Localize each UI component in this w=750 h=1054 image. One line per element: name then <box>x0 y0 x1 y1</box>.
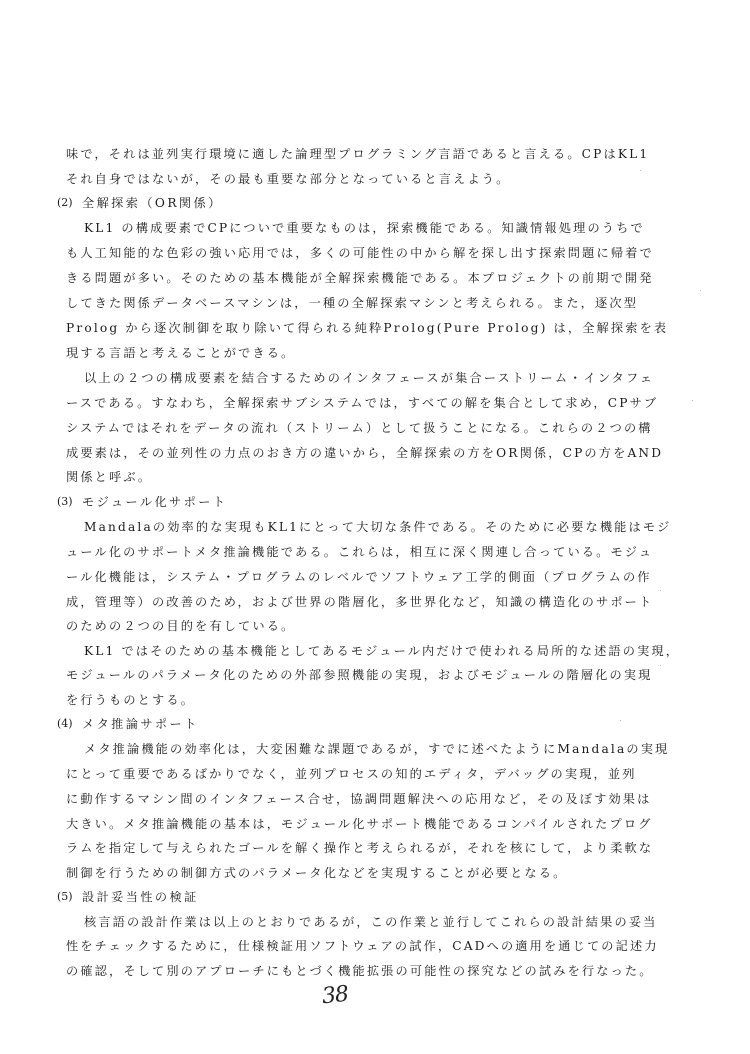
body-line: 制御を行うための制御方式のパラメータ化などを実現することが必要となる。 <box>66 865 567 881</box>
body-line: ラムを指定して与えられたゴールを解く操作と考えられるが，それを核にして，より柔軟… <box>66 840 653 856</box>
body-line: 現する言語と考えることができる。 <box>66 345 295 361</box>
section-title: メタ推論サポート <box>82 716 199 732</box>
body-line: も人工知能的な色彩の強い応用では，多くの可能性の中から解を探し出す探索問題に帰着… <box>66 245 654 261</box>
body-line: してきた関係データベースマシンは，一種の全解探索マシンと考えられる。また，逐次型 <box>66 295 638 311</box>
scan-speck <box>660 590 661 591</box>
body-line: ースである。すなわち，全解探索サブシステムでは，すべての解を集合として求め，CP… <box>66 395 658 411</box>
document-page: 味で，それは並列実行環境に適した論理型プログラミング言語であると言える。CPはK… <box>0 0 750 1054</box>
body-line: を行うものとする。 <box>66 692 195 708</box>
body-line: 成，管理等）の改善のため，および世界の階層化，多世界化など，知識の構造化のサポー… <box>66 594 653 610</box>
scan-speck <box>692 400 693 401</box>
body-line: KL1 ではそのための基本機能としてあるモジュール内だけで使われる局所的な述語の… <box>84 643 680 659</box>
body-line: 性をチェックするために，仕様検証用ソフトウェアの試作，CADへの適用を通じての記… <box>66 938 659 954</box>
body-line: 大きい。メタ推論機能の基本は，モジュール化サポート機能であるコンパイルされたプロ… <box>66 816 653 832</box>
scan-speck <box>620 720 621 721</box>
body-line: ール化機能は，システム・プログラムのレベルでソフトウェア工学的側面（プログラムの… <box>66 569 652 585</box>
scan-speck <box>660 665 661 666</box>
section-number: (5) <box>57 889 73 905</box>
body-line: 核言語の設計作業は以上のとおりであるが，この作業と並行してこれらの設計結果の妥当 <box>84 914 658 930</box>
body-line: 関係と呼ぶ。 <box>66 469 152 485</box>
section-number: (4) <box>57 716 73 732</box>
body-line: に動作するマシン間のインタフェース合せ，協調問題解決への応用など，その及ぼす効果… <box>66 791 651 807</box>
body-line: Mandalaの効率的な実現もKL1にとって大切な条件である。そのために必要な機… <box>84 519 672 535</box>
page-number: 38 <box>321 982 349 1010</box>
body-line: 成要素は，その並列性の力点のおき方の違いから，全解探索の方をOR関係，CPの方を… <box>66 445 663 461</box>
body-line: メタ推論機能の効率化は，大変困難な課題であるが，すでに述べたようにMandala… <box>84 741 669 757</box>
scan-speck <box>700 290 701 291</box>
section-number: (3) <box>57 494 73 510</box>
body-line: 以上の２つの構成要素を結合するためのインタフェースが集合ーストリーム・インタフェ <box>84 370 654 386</box>
body-line: のための２つの目的を有している。 <box>66 618 295 634</box>
body-line: それ自身ではないが，その最も重要な部分となっていると言えよう。 <box>66 171 510 187</box>
body-line: きる問題が多い。そのための基本機能が全解探索機能である。本プロジェクトの前期で開… <box>66 270 654 286</box>
body-line: モジュールのパラメータ化のための外部参照機能の実現，およびモジュールの階層化の実… <box>66 667 653 683</box>
body-line: ュール化のサポートメタ推論機能である。これらは，相互に深く関連し合っている。モジ… <box>66 544 653 560</box>
body-line: システムではそれをデータの流れ（ストリーム）として扱うことになる。これらの２つの… <box>66 420 653 436</box>
section-title: 全解探索（OR関係） <box>82 195 223 211</box>
scan-speck <box>640 170 641 171</box>
section-number: (2) <box>57 195 73 211</box>
body-line: の確認，そして別のアプローチにもとづく機能拡張の可能性の探究などの試みを行なった… <box>66 963 654 979</box>
body-line: Prolog から逐次制御を取り除いて得られる純粋Prolog(Pure Pro… <box>66 320 668 336</box>
body-line: にとって重要であるばかりでなく，並列プロセスの知的エディタ，デバッグの実現，並列 <box>66 766 637 782</box>
section-title: モジュール化サポート <box>82 494 227 510</box>
body-line: 味で，それは並列実行環境に適した論理型プログラミング言語であると言える。CPはK… <box>66 146 649 162</box>
section-title: 設計妥当性の検証 <box>82 889 199 905</box>
body-line: KL1 の構成要素でCPについで重要なものは，探索機能である。知識情報処理のうち… <box>84 220 645 236</box>
